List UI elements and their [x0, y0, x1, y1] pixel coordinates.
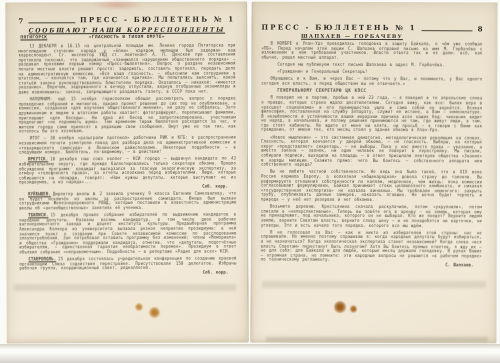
letter-preamble: Обращаюсь и к Вам, и через Вас — потому … — [261, 77, 482, 87]
masthead-rule — [422, 29, 473, 31]
paragraph-text: 18 декабря наш союз коллег — КСИ города … — [19, 156, 236, 185]
right-page-content: ПРЕСС - БЮЛЛЕТЕНЬ № 1 8 ШАПХАЕВ — ГОРБАЧ… — [251, 2, 497, 344]
city-label: ПЯТИГОРСК — [20, 35, 47, 40]
article-title: «ГЛАСНОСТЬ В ТИХОМ ОМУТЕ» — [18, 35, 235, 41]
section-heading: СООБЩАЮТ НАШИ КОРРЕСПОНДЕНТЫ — [18, 27, 235, 35]
right-body-text: В НОЯБРЕ в Улан-Удэ проводилась голодовк… — [261, 42, 483, 268]
letter-heading: ШАПХАЕВ — ГОРБАЧЕВУ — [261, 34, 442, 41]
left-masthead: 7 ПРЕСС - БЮЛЛЕТЕНЬ № 1 — [18, 16, 235, 25]
paragraph-text: ИТОГ — 30 ноября «разыграли протокол» ра… — [19, 135, 236, 155]
paragraph-text: 13 ДЕКАБРЯ в 16.15 на центральной площад… — [18, 43, 235, 95]
paragraph: КУЙБЫШЕВ.Директор школы № 2 заявила учен… — [19, 192, 236, 211]
left-page-content: 7 ПРЕСС - БЮЛЛЕТЕНЬ № 1 СООБЩАЮТ НАШИ КО… — [5, 1, 247, 343]
left-page-number: 7 — [18, 17, 23, 24]
paragraph: ИТОГ — 30 ноября «разыграли протокол» ра… — [19, 136, 236, 155]
paragraph-text: Директор школы № 2 заявила ученику 9 кла… — [19, 191, 236, 211]
bulletin-title: ПРЕСС - БЮЛЛЕТЕНЬ № 1 — [261, 24, 416, 33]
paragraph: 13 ДЕКАБРЯ в 16.15 на центральной площад… — [18, 44, 235, 95]
left-body-text: 13 ДЕКАБРЯ в 16.15 на центральной площад… — [18, 44, 236, 276]
letter-paragraph: Я не голосовал за Вас — как и никто из и… — [261, 230, 482, 268]
paragraph: ИРКУТСК.18 декабря наш союз коллег — КСИ… — [19, 157, 236, 190]
paragraph-text: НАПОМНИМ: ещё 15 ноября горисполком обещ… — [19, 96, 236, 134]
intro-paragraph: В НОЯБРЕ в Улан-Удэ проводилась голодовк… — [261, 42, 482, 61]
bulletin-title: ПРЕСС - БЮЛЛЕТЕНЬ № 1 — [80, 16, 235, 25]
paragraph: НАПОМНИМ: ещё 15 ноября горисполком обещ… — [19, 97, 236, 135]
scanner-edge-band — [0, 353, 500, 363]
paragraph: ТБИЛИСИ.15 декабря прошло собрание избир… — [19, 213, 236, 255]
left-page: 7 ПРЕСС - БЮЛЛЕТЕНЬ № 1 СООБЩАЮТ НАШИ КО… — [5, 1, 248, 343]
paragraph-text: 15 декабря прошло собрание избирателей п… — [19, 212, 236, 255]
scanned-bulletin-spread: 7 ПРЕСС - БЮЛЛЕТЕНЬ № 1 СООБЩАЮТ НАШИ КО… — [0, 0, 500, 363]
letter-paragraph: Я поверил не в партию, пробыв в ней 23 г… — [261, 96, 482, 134]
letter-signature: С. Шапхаев. — [261, 262, 482, 267]
correspondent-signature: Соб. корр. — [19, 185, 236, 191]
paragraph: СТАВРОПОЛЬ.25 декабря состоялась учредит… — [19, 257, 236, 276]
letter-paragraph: Возьмите деревню. Крестьянина сначала ра… — [261, 205, 482, 229]
correspondent-signature: Соб. корр. — [19, 270, 236, 276]
page-bottom-shadow — [0, 344, 500, 349]
letter-address-line: ГЕНЕРАЛЬНОМУ СЕКРЕТАРЮ ЦК КПСС — [277, 89, 482, 94]
subhead-row: ПЯТИГОРСК «ГЛАСНОСТЬ В ТИХОМ ОМУТЕ» — [18, 35, 235, 43]
right-page-number: 8 — [478, 25, 483, 32]
publish-line: Сегодня мы публикуем текст письма Шапхае… — [261, 63, 482, 68]
right-page: ПРЕСС - БЮЛЛЕТЕНЬ № 1 8 ШАПХАЕВ — ГОРБАЧ… — [250, 2, 497, 344]
masthead-rule — [28, 21, 75, 23]
letter-paragraph: «Новое мышление» — это системная демагог… — [261, 135, 482, 168]
right-masthead: ПРЕСС - БЮЛЛЕТЕНЬ № 1 8 — [261, 24, 482, 33]
letter-salutation: «Гражданин и Генеральный Секретарь! — [261, 70, 482, 75]
letter-paragraph: Вы не любите частной собственности. Но в… — [261, 170, 482, 203]
letter-paragraph-text: Я не голосовал за Вас — как и никто из и… — [261, 229, 482, 262]
